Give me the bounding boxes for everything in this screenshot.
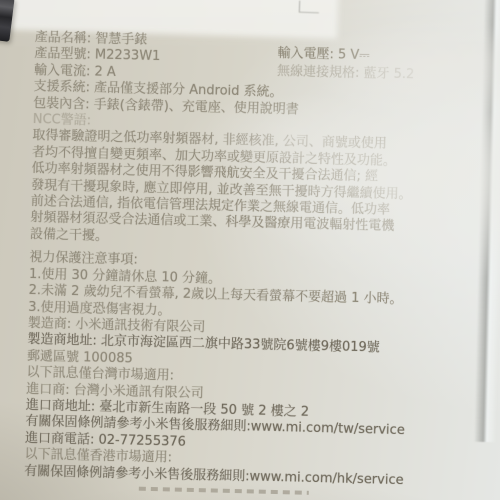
sticker-corner-mark <box>299 1 319 14</box>
spec-right-column: 輸入電壓: 5 V⎓無線連接規格: 藍牙 5.2 <box>277 45 415 83</box>
label-line: 無線連接規格: 藍牙 5.2 <box>277 62 415 83</box>
label-text-block: 產品名稱: 智慧手錶產品型號: M2233W1輸入電流: 2 A支援系統: 產品… <box>24 30 480 499</box>
label-lines: 產品名稱: 智慧手錶產品型號: M2233W1輸入電流: 2 A支援系統: 產品… <box>24 30 480 491</box>
box-back-label-photo: 產品名稱: 智慧手錶產品型號: M2233W1輸入電流: 2 A支援系統: 產品… <box>0 0 500 500</box>
